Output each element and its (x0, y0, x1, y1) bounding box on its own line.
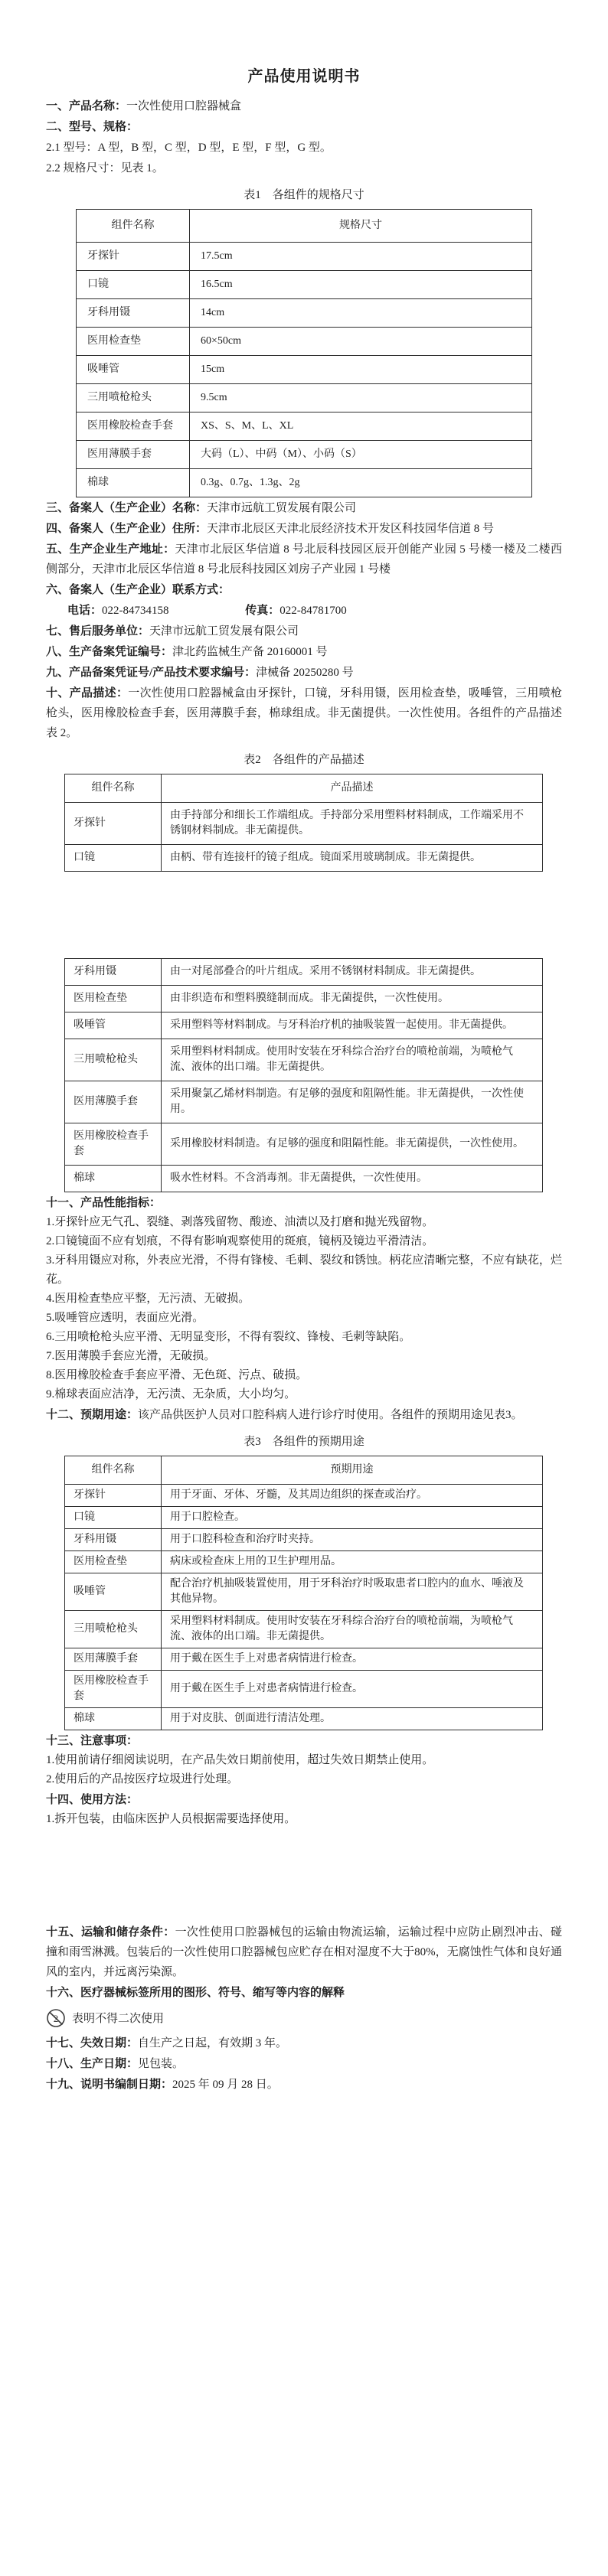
component-value-cell: 配合治疗机抽吸装置使用，用于牙科治疗时吸取患者口腔内的血水、唾液及其他异物。 (162, 1573, 543, 1611)
table-row: 吸唾管配合治疗机抽吸装置使用，用于牙科治疗时吸取患者口腔内的血水、唾液及其他异物… (65, 1573, 543, 1611)
component-name-cell: 牙科用镊 (77, 299, 190, 328)
section-label: 二、型号、规格： (46, 121, 138, 133)
phone-number: 022-84734158 (102, 605, 169, 617)
component-value-cell: 15cm (190, 356, 532, 384)
component-name-cell: 牙探针 (65, 803, 162, 845)
section-label: 五、生产企业生产地址： (46, 543, 175, 556)
component-name-cell: 吸唾管 (65, 1573, 162, 1611)
component-name-cell: 医用薄膜手套 (77, 441, 190, 469)
list-item: 3.牙科用镊应对称，外表应光滑，不得有锋棱、毛刺、裂纹和锈蚀。柄花应清晰完整，不… (46, 1251, 562, 1290)
section-production-date: 十八、生产日期：见包装。 (46, 2054, 562, 2074)
table3-caption: 表3 各组件的预期用途 (46, 1432, 562, 1452)
list-item: 7.医用薄膜手套应光滑，无破损。 (46, 1347, 562, 1366)
component-value-cell: 17.5cm (190, 243, 532, 271)
component-value-cell: 由手持部分和细长工作端组成。手持部分采用塑料材料制成，工作端采用不锈钢材料制成。… (162, 803, 543, 845)
section-after-sales: 七、售后服务单位：天津市远航工贸发展有限公司 (46, 621, 562, 641)
component-name-cell: 棉球 (77, 469, 190, 497)
section-label: 十九、说明书编制日期： (46, 2079, 172, 2091)
section-product-record-no: 九、产品备案凭证号/产品技术要求编号：津械备 20250280 号 (46, 663, 562, 683)
section-label: 七、售后服务单位： (46, 625, 149, 637)
list-item: 6.三用喷枪枪头应平滑、无明显变形，不得有裂纹、锋棱、毛刺等缺陷。 (46, 1328, 562, 1347)
table-intended-use: 组件名称 预期用途 牙探针用于牙面、牙体、牙髓，及其周边组织的探查或治疗。口镜用… (64, 1456, 543, 1730)
list-item: 5.吸唾管应透明，表面应光滑。 (46, 1309, 562, 1328)
instruction-document: 产品使用说明书 一、产品名称：一次性使用口腔器械盒 二、型号、规格： 2.1 型… (0, 0, 608, 2576)
component-value-cell: 由非织造布和塑料膜缝制而成。非无菌提供，一次性使用。 (162, 986, 543, 1012)
fax-label: 传真： (245, 605, 279, 617)
component-name-cell: 医用橡胶检查手套 (65, 1123, 162, 1166)
table-row: 三用喷枪枪头采用塑料材料制成。使用时安装在牙科综合治疗台的喷枪前端，为喷枪气流、… (65, 1039, 543, 1081)
section-manual-date: 十九、说明书编制日期：2025 年 09 月 28 日。 (46, 2075, 562, 2095)
component-name-cell: 三用喷枪枪头 (65, 1039, 162, 1081)
component-name-cell: 医用检查垫 (77, 328, 190, 356)
component-name-cell: 三用喷枪枪头 (65, 1611, 162, 1648)
column-header-spec: 规格尺寸 (190, 210, 532, 243)
section-model-spec-heading: 二、型号、规格： (46, 117, 562, 137)
symbol-meaning-text: 表明不得二次使用 (72, 2009, 164, 2029)
section-label: 四、备案人（生产企业）住所： (46, 523, 207, 535)
table-product-description-part2: 牙科用镊由一对尾部叠合的叶片组成。采用不锈钢材料制成。非无菌提供。医用检查垫由非… (64, 958, 543, 1192)
section-expiry-date: 十七、失效日期：自生产之日起，有效期 3 年。 (46, 2033, 562, 2053)
section-text: 天津市远航工贸发展有限公司 (207, 502, 356, 514)
component-name-cell: 口镜 (65, 1507, 162, 1529)
section-label: 八、生产备案凭证编号： (46, 646, 172, 658)
section-text: 津北药监械生产备 20160001 号 (172, 646, 328, 658)
section-product-name: 一、产品名称：一次性使用口腔器械盒 (46, 96, 562, 116)
section-label: 三、备案人（生产企业）名称： (46, 502, 207, 514)
table-row: 三用喷枪枪头9.5cm (77, 384, 532, 412)
table-header-row: 组件名称 预期用途 (65, 1456, 543, 1485)
table-row: 医用薄膜手套采用聚氯乙烯材料制造。有足够的强度和阻隔性能。非无菌提供，一次性使用… (65, 1081, 543, 1123)
table-row: 牙科用镊14cm (77, 299, 532, 328)
table2-caption: 表2 各组件的产品描述 (46, 750, 562, 770)
spec-ref: 2.2 规格尺寸：见表 1。 (46, 158, 562, 178)
component-name-cell: 医用检查垫 (65, 986, 162, 1012)
component-name-cell: 口镜 (65, 845, 162, 872)
component-value-cell: 用于戴在医生手上对患者病情进行检查。 (162, 1671, 543, 1708)
section-production-address: 五、生产企业生产地址：天津市北辰区华信道 8 号北辰科技园区辰开创能产业园 5 … (46, 540, 562, 579)
table-row: 医用检查垫病床或检查床上用的卫生护理用品。 (65, 1551, 543, 1573)
list-item: 1.使用前请仔细阅读说明，在产品失效日期前使用，超过失效日期禁止使用。 (46, 1751, 562, 1770)
component-name-cell: 牙科用镊 (65, 959, 162, 986)
table-row: 吸唾管采用塑料等材料制成。与牙科治疗机的抽吸装置一起使用。非无菌提供。 (65, 1012, 543, 1039)
section-label: 十四、使用方法： (46, 1794, 138, 1806)
usage-item-list: 1.拆开包装，由临床医护人员根据需要选择使用。 (46, 1810, 562, 1829)
component-name-cell: 吸唾管 (65, 1012, 162, 1039)
component-name-cell: 棉球 (65, 1166, 162, 1192)
list-item: 9.棉球表面应洁净，无污渍、无杂质，大小均匀。 (46, 1385, 562, 1404)
component-value-cell: 采用塑料材料制成。使用时安装在牙科综合治疗台的喷枪前端，为喷枪气流、液体的出口端… (162, 1039, 543, 1081)
table-header-row: 组件名称 产品描述 (65, 774, 543, 803)
page-title: 产品使用说明书 (46, 0, 562, 87)
column-header-description: 产品描述 (162, 774, 543, 803)
symbol-explanation-line: 2 表明不得二次使用 (46, 2007, 562, 2030)
table-row: 医用橡胶检查手套XS、S、M、L、XL (77, 412, 532, 441)
table1-caption: 表1 各组件的规格尺寸 (46, 185, 562, 205)
section-transport-storage: 十五、运输和储存条件：一次性使用口腔器械包的运输由物流运输，运输过程中应防止剧烈… (46, 1922, 562, 1982)
table-row: 棉球0.3g、0.7g、1.3g、2g (77, 469, 532, 497)
component-value-cell: 用于口腔科检查和治疗时夹持。 (162, 1529, 543, 1551)
component-value-cell: 采用橡胶材料制造。有足够的强度和阻隔性能。非无菌提供，一次性使用。 (162, 1123, 543, 1166)
section-symbol-explanation-heading: 十六、医疗器械标签所用的图形、符号、缩写等内容的解释 (46, 1983, 562, 2003)
section-label: 六、备案人（生产企业）联系方式： (46, 584, 230, 596)
table-row: 医用薄膜手套大码（L）、中码（M）、小码（S） (77, 441, 532, 469)
table-row: 医用薄膜手套用于戴在医生手上对患者病情进行检查。 (65, 1648, 543, 1671)
table-row: 棉球吸水性材料。不含消毒剂。非无菌提供，一次性使用。 (65, 1166, 543, 1192)
table-row: 医用橡胶检查手套用于戴在医生手上对患者病情进行检查。 (65, 1671, 543, 1708)
section-label: 十一、产品性能指标： (46, 1197, 161, 1209)
component-name-cell: 医用橡胶检查手套 (65, 1671, 162, 1708)
section-precautions-heading: 十三、注意事项： (46, 1731, 562, 1751)
section-registrant-address: 四、备案人（生产企业）住所：天津市北辰区天津北辰经济技术开发区科技园华信道 8 … (46, 519, 562, 539)
section-text: 该产品供医护人员对口腔科病人进行诊疗时使用。各组件的预期用途见表3。 (138, 1409, 523, 1421)
component-value-cell: 用于牙面、牙体、牙髓，及其周边组织的探查或治疗。 (162, 1485, 543, 1507)
list-item: 2.使用后的产品按医疗垃圾进行处理。 (46, 1770, 562, 1789)
table-spec-sizes: 组件名称 规格尺寸 牙探针17.5cm口镜16.5cm牙科用镊14cm医用检查垫… (76, 209, 532, 497)
component-name-cell: 医用薄膜手套 (65, 1648, 162, 1671)
section-label: 一、产品名称： (46, 100, 126, 112)
fax-number: 022-84781700 (279, 605, 347, 617)
component-name-cell: 口镜 (77, 271, 190, 299)
list-item: 1.拆开包装，由临床医护人员根据需要选择使用。 (46, 1810, 562, 1829)
section-text: 天津市北辰区天津北辰经济技术开发区科技园华信道 8 号 (207, 523, 494, 535)
table-row: 牙探针17.5cm (77, 243, 532, 271)
section-label: 十七、失效日期： (46, 2037, 138, 2049)
section-label: 十三、注意事项： (46, 1735, 138, 1747)
component-value-cell: 大码（L）、中码（M）、小码（S） (190, 441, 532, 469)
performance-item-list: 1.牙探针应无气孔、裂缝、剥落残留物、酸迹、油渍以及打磨和抛光残留物。2.口镜镜… (46, 1213, 562, 1404)
section-label: 十六、医疗器械标签所用的图形、符号、缩写等内容的解释 (46, 1987, 345, 1999)
table-row: 口镜用于口腔检查。 (65, 1507, 543, 1529)
section-production-record-no: 八、生产备案凭证编号：津北药监械生产备 20160001 号 (46, 642, 562, 662)
section-text: 天津市远航工贸发展有限公司 (149, 625, 299, 637)
table-row: 吸唾管15cm (77, 356, 532, 384)
column-header-component: 组件名称 (77, 210, 190, 243)
component-name-cell: 医用检查垫 (65, 1551, 162, 1573)
list-item: 8.医用橡胶检查手套应平滑、无色斑、污点、破损。 (46, 1366, 562, 1385)
section-contact-heading: 六、备案人（生产企业）联系方式： (46, 580, 562, 600)
table-row: 牙科用镊用于口腔科检查和治疗时夹持。 (65, 1529, 543, 1551)
table-product-description-part1: 组件名称 产品描述 牙探针由手持部分和细长工作端组成。手持部分采用塑料材料制成，… (64, 774, 543, 872)
section-label: 九、产品备案凭证号/产品技术要求编号： (46, 667, 256, 679)
section-label: 十八、生产日期： (46, 2058, 138, 2070)
table-row: 牙探针用于牙面、牙体、牙髓，及其周边组织的探查或治疗。 (65, 1485, 543, 1507)
component-value-cell: 吸水性材料。不含消毒剂。非无菌提供，一次性使用。 (162, 1166, 543, 1192)
component-value-cell: 采用塑料等材料制成。与牙科治疗机的抽吸装置一起使用。非无菌提供。 (162, 1012, 543, 1039)
table-row: 牙探针由手持部分和细长工作端组成。手持部分采用塑料材料制成，工作端采用不锈钢材料… (65, 803, 543, 845)
component-name-cell: 医用橡胶检查手套 (77, 412, 190, 441)
component-value-cell: 由柄、带有连接杆的镜子组成。镜面采用玻璃制成。非无菌提供。 (162, 845, 543, 872)
component-name-cell: 三用喷枪枪头 (77, 384, 190, 412)
component-value-cell: 用于对皮肤、创面进行清洁处理。 (162, 1708, 543, 1730)
table-row: 口镜16.5cm (77, 271, 532, 299)
do-not-reuse-icon: 2 (46, 2007, 67, 2030)
section-text: 津械备 20250280 号 (256, 667, 354, 679)
table-row: 牙科用镊由一对尾部叠合的叶片组成。采用不锈钢材料制成。非无菌提供。 (65, 959, 543, 986)
component-value-cell: 采用聚氯乙烯材料制造。有足够的强度和阻隔性能。非无菌提供，一次性使用。 (162, 1081, 543, 1123)
component-value-cell: 采用塑料材料制成。使用时安装在牙科综合治疗台的喷枪前端，为喷枪气流、液体的出口端… (162, 1611, 543, 1648)
component-name-cell: 牙科用镊 (65, 1529, 162, 1551)
component-value-cell: 16.5cm (190, 271, 532, 299)
section-performance-heading: 十一、产品性能指标： (46, 1193, 562, 1213)
component-value-cell: 9.5cm (190, 384, 532, 412)
section-registrant-name: 三、备案人（生产企业）名称：天津市远航工贸发展有限公司 (46, 498, 562, 518)
table-row: 口镜由柄、带有连接杆的镜子组成。镜面采用玻璃制成。非无菌提供。 (65, 845, 543, 872)
table-row: 医用检查垫由非织造布和塑料膜缝制而成。非无菌提供，一次性使用。 (65, 986, 543, 1012)
list-item: 2.口镜镜面不应有划痕，不得有影响观察使用的斑痕，镜柄及镜边平滑清洁。 (46, 1232, 562, 1251)
component-value-cell: 用于戴在医生手上对患者病情进行检查。 (162, 1648, 543, 1671)
model-list: 2.1 型号：A 型，B 型，C 型，D 型，E 型，F 型，G 型。 (46, 138, 562, 158)
table-header-row: 组件名称 规格尺寸 (77, 210, 532, 243)
section-text: 见包装。 (138, 2058, 184, 2070)
list-item: 1.牙探针应无气孔、裂缝、剥落残留物、酸迹、油渍以及打磨和抛光残留物。 (46, 1213, 562, 1232)
section-text: 一次性使用口腔器械盒 (126, 100, 241, 112)
component-name-cell: 吸唾管 (77, 356, 190, 384)
section-usage-heading: 十四、使用方法： (46, 1790, 562, 1810)
table-row: 棉球用于对皮肤、创面进行清洁处理。 (65, 1708, 543, 1730)
component-name-cell: 牙探针 (77, 243, 190, 271)
section-label: 十、产品描述： (46, 687, 128, 699)
section-label: 十二、预期用途： (46, 1409, 138, 1421)
list-item: 4.医用检查垫应平整，无污渍、无破损。 (46, 1290, 562, 1309)
section-product-description: 十、产品描述：一次性使用口腔器械盒由牙探针，口镜，牙科用镊，医用检查垫，吸唾管，… (46, 683, 562, 743)
component-name-cell: 医用薄膜手套 (65, 1081, 162, 1123)
component-name-cell: 棉球 (65, 1708, 162, 1730)
component-value-cell: XS、S、M、L、XL (190, 412, 532, 441)
column-header-component: 组件名称 (65, 1456, 162, 1485)
phone-label: 电话： (67, 605, 102, 617)
component-value-cell: 用于口腔检查。 (162, 1507, 543, 1529)
table-row: 三用喷枪枪头采用塑料材料制成。使用时安装在牙科综合治疗台的喷枪前端，为喷枪气流、… (65, 1611, 543, 1648)
table-row: 医用检查垫60×50cm (77, 328, 532, 356)
column-header-component: 组件名称 (65, 774, 162, 803)
page-break-gap (46, 872, 562, 958)
contact-line: 电话：022-84734158 传真：022-84781700 (46, 601, 562, 621)
component-name-cell: 牙探针 (65, 1485, 162, 1507)
component-value-cell: 0.3g、0.7g、1.3g、2g (190, 469, 532, 497)
table-row: 医用橡胶检查手套采用橡胶材料制造。有足够的强度和阻隔性能。非无菌提供，一次性使用… (65, 1123, 543, 1166)
column-header-intended-use: 预期用途 (162, 1456, 543, 1485)
section-intended-use: 十二、预期用途：该产品供医护人员对口腔科病人进行诊疗时使用。各组件的预期用途见表… (46, 1405, 562, 1425)
precaution-item-list: 1.使用前请仔细阅读说明，在产品失效日期前使用，超过失效日期禁止使用。2.使用后… (46, 1751, 562, 1789)
page-break-gap (46, 1829, 562, 1922)
section-text: 2025 年 09 月 28 日。 (172, 2079, 279, 2091)
component-value-cell: 由一对尾部叠合的叶片组成。采用不锈钢材料制成。非无菌提供。 (162, 959, 543, 986)
section-text: 自生产之日起，有效期 3 年。 (138, 2037, 287, 2049)
component-value-cell: 病床或检查床上用的卫生护理用品。 (162, 1551, 543, 1573)
component-value-cell: 60×50cm (190, 328, 532, 356)
section-label: 十五、运输和储存条件： (46, 1926, 175, 1939)
component-value-cell: 14cm (190, 299, 532, 328)
